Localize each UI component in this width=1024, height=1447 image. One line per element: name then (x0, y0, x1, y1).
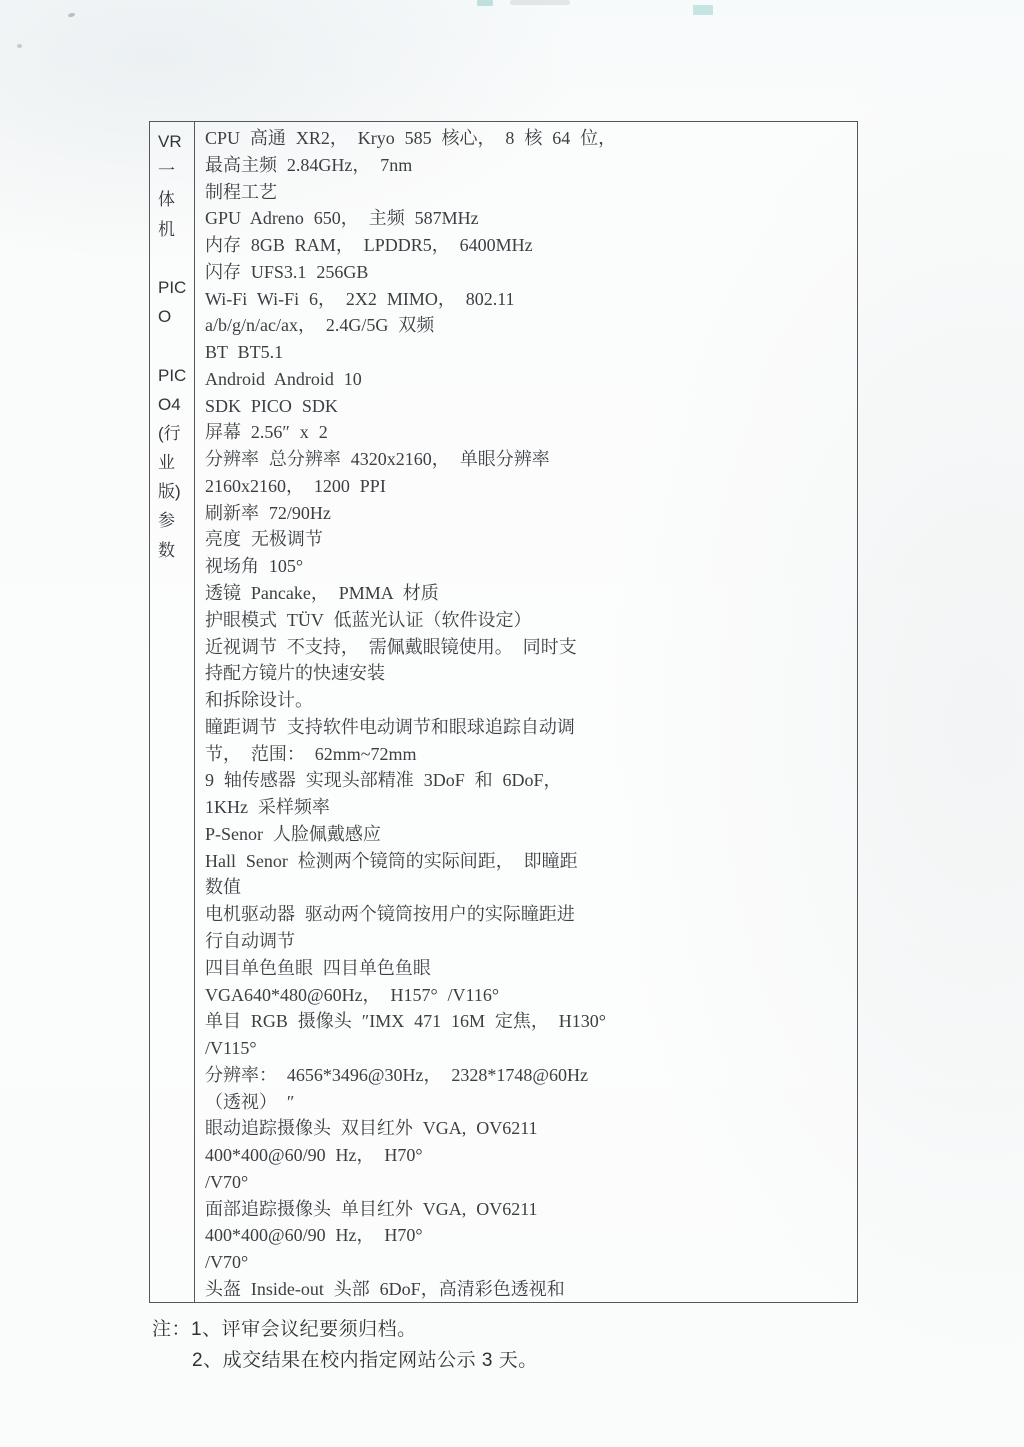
spec-line: CPU 高通 XR2， Kryo 585 核心， 8 核 64 位， (205, 125, 849, 152)
spec-line: GPU Adreno 650， 主频 587MHz (205, 205, 849, 232)
scan-speck (17, 44, 22, 48)
scan-highlight-mark (477, 0, 493, 6)
spec-line: 行自动调节 (205, 928, 849, 955)
spec-line: 400*400@60/90 Hz， H70° (205, 1142, 849, 1169)
spec-line: 数值 (205, 874, 849, 901)
spec-line: 分辨率： 4656*3496@30Hz， 2328*1748@60Hz (205, 1062, 849, 1089)
spec-line: 四目单色鱼眼 四目单色鱼眼 (205, 955, 849, 982)
spec-line: /V70° (205, 1249, 849, 1276)
spec-line: 刷新率 72/90Hz (205, 500, 849, 527)
page: VR一体机 PICO PICO4(行业版)参数 CPU 高通 XR2， Kryo… (0, 0, 1024, 1447)
header-line: 业 (158, 448, 194, 477)
scan-speck (68, 12, 76, 18)
spec-line: 分辨率 总分辨率 4320x2160， 单眼分辨率 (205, 446, 849, 473)
spec-line: 屏幕 2.56″ x 2 (205, 419, 849, 446)
spec-line: 头盔 Inside-out 头部 6DoF，高清彩色透视和 (205, 1276, 849, 1303)
spec-line: Hall Senor 检测两个镜筒的实际间距， 即瞳距 (205, 848, 849, 875)
header-line: VR (158, 127, 194, 156)
header-line: PIC (158, 361, 194, 390)
spec-line: 单目 RGB 摄像头 ″IMX 471 16M 定焦， H130° (205, 1008, 849, 1035)
spec-line: 近视调节 不支持， 需佩戴眼镜使用。 同时支 (205, 634, 849, 661)
spec-line: 内存 8GB RAM， LPDDR5， 6400MHz (205, 232, 849, 259)
spec-table: VR一体机 PICO PICO4(行业版)参数 CPU 高通 XR2， Kryo… (149, 121, 858, 1303)
header-line: 版) (158, 477, 194, 506)
spec-line: /V115° (205, 1035, 849, 1062)
notes: 注：1、评审会议纪要须归档。 2、成交结果在校内指定网站公示 3 天。 (152, 1314, 538, 1376)
spec-line: 1KHz 采样频率 (205, 794, 849, 821)
header-line (158, 331, 194, 360)
header-line: 参 (158, 506, 194, 535)
spec-line: a/b/g/n/ac/ax， 2.4G/5G 双频 (205, 312, 849, 339)
spec-line: 闪存 UFS3.1 256GB (205, 259, 849, 286)
header-line: 机 (158, 215, 194, 244)
header-line: 一 (158, 156, 194, 185)
spec-line: /V70° (205, 1169, 849, 1196)
spec-line: （透视） ″ (205, 1089, 849, 1116)
spec-line: SDK PICO SDK (205, 393, 849, 420)
spec-table-body-column: CPU 高通 XR2， Kryo 585 核心， 8 核 64 位，最高主频 2… (195, 122, 857, 1302)
spec-line: 2160x2160， 1200 PPI (205, 473, 849, 500)
spec-table-header-column: VR一体机 PICO PICO4(行业版)参数 (150, 122, 195, 1302)
spec-line: 面部追踪摄像头 单目红外 VGA, OV6211 (205, 1196, 849, 1223)
spec-line: Wi-Fi Wi-Fi 6， 2X2 MIMO， 802.11 (205, 286, 849, 313)
spec-line: P-Senor 人脸佩戴感应 (205, 821, 849, 848)
spec-line: Android Android 10 (205, 366, 849, 393)
spec-line: 亮度 无极调节 (205, 526, 849, 553)
spec-line: 节， 范围： 62mm~72mm (205, 741, 849, 768)
spec-line: BT BT5.1 (205, 339, 849, 366)
note-line-1: 注：1、评审会议纪要须归档。 (152, 1314, 538, 1345)
scan-highlight-mark (693, 5, 713, 15)
header-line: 体 (158, 185, 194, 214)
spec-line: 最高主频 2.84GHz， 7nm (205, 152, 849, 179)
spec-line: 400*400@60/90 Hz， H70° (205, 1222, 849, 1249)
header-line: O4 (158, 390, 194, 419)
spec-line: 电机驱动器 驱动两个镜筒按用户的实际瞳距进 (205, 901, 849, 928)
header-line: O (158, 302, 194, 331)
spec-line: 持配方镜片的快速安装 (205, 660, 849, 687)
spec-line: 透镜 Pancake， PMMA 材质 (205, 580, 849, 607)
note-line-2: 2、成交结果在校内指定网站公示 3 天。 (192, 1345, 538, 1376)
spec-line: VGA640*480@60Hz， H157° /V116° (205, 982, 849, 1009)
spec-line: 制程工艺 (205, 179, 849, 206)
header-line: 数 (158, 536, 194, 565)
header-line: (行 (158, 419, 194, 448)
spec-line: 护眼模式 TÜV 低蓝光认证（软件设定） (205, 607, 849, 634)
spec-line: 瞳距调节 支持软件电动调节和眼球追踪自动调 (205, 714, 849, 741)
spec-line: 视场角 105° (205, 553, 849, 580)
header-line: PIC (158, 273, 194, 302)
header-line (158, 244, 194, 273)
spec-line: 和拆除设计。 (205, 687, 849, 714)
spec-line: 9 轴传感器 实现头部精准 3DoF 和 6DoF， (205, 767, 849, 794)
spec-line: 眼动追踪摄像头 双目红外 VGA, OV6211 (205, 1115, 849, 1142)
scan-streak (510, 0, 570, 5)
